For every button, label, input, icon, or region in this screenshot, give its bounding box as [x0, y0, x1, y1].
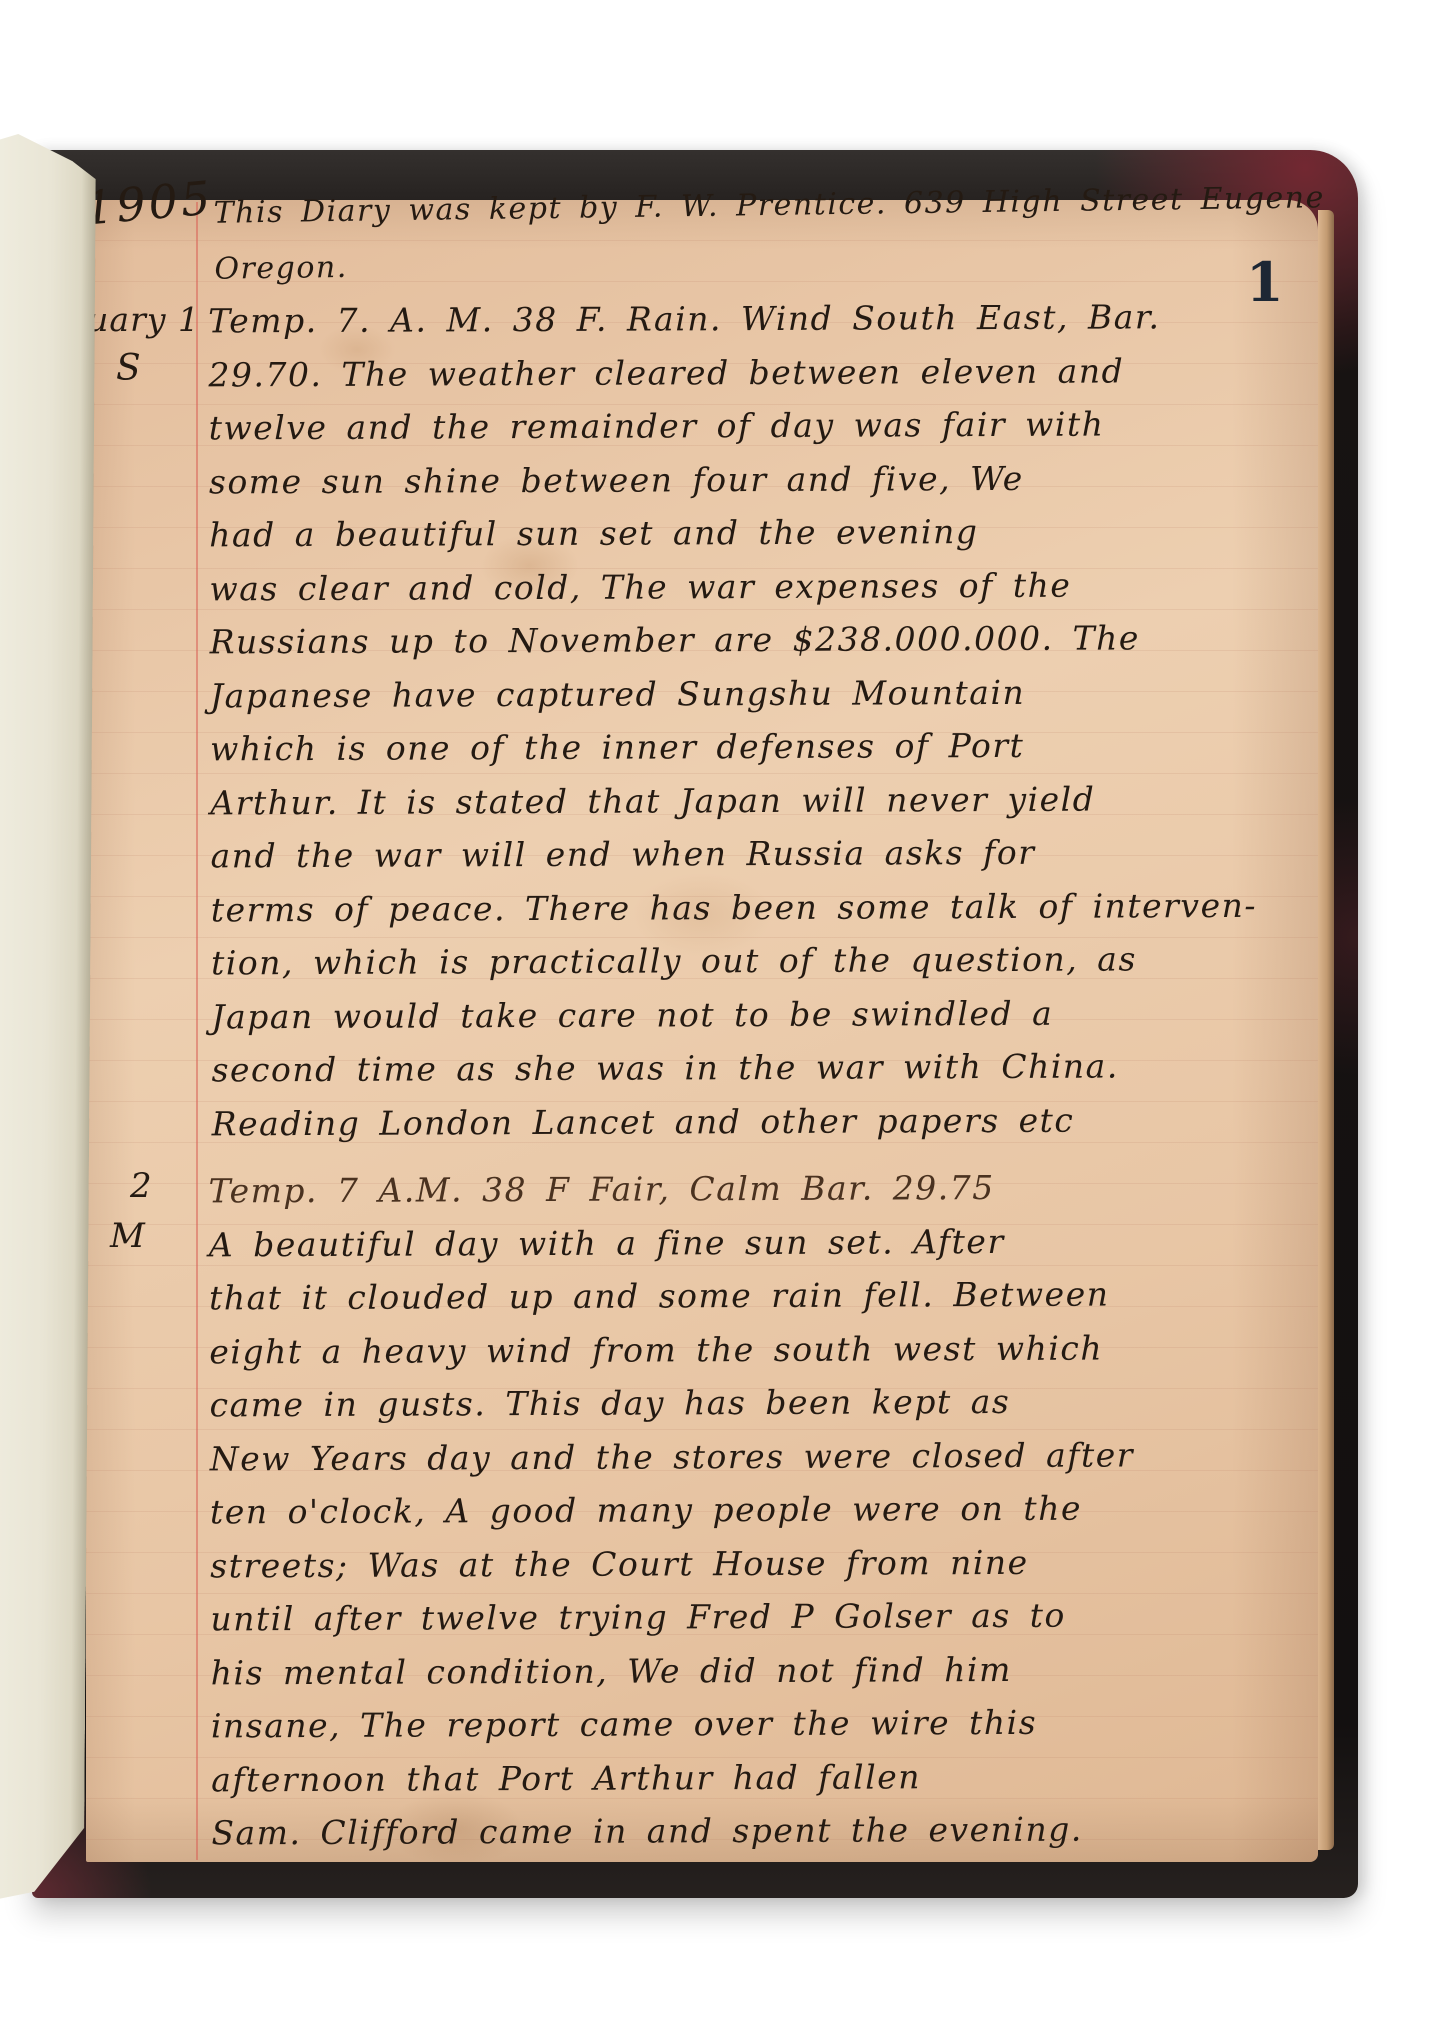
diary-line: 29.70. The weather cleared between eleve…	[208, 343, 1323, 401]
diary-line: that it clouded up and some rain fell. B…	[209, 1267, 1324, 1325]
photo-background: { "page": { "year": "1905", "page_number…	[0, 0, 1445, 2023]
diary-line: terms of peace. There has been some talk…	[211, 878, 1326, 936]
diary-line: and the war will end when Russia asks fo…	[210, 825, 1325, 883]
diary-line: afternoon that Port Arthur had fallen	[211, 1748, 1326, 1806]
diary-line: Russians up to November are $238.000.000…	[210, 611, 1325, 669]
diary-line: insane, The report came over the wire th…	[211, 1695, 1326, 1753]
diary-line: Reading London Lancet and other papers e…	[212, 1092, 1327, 1150]
diary-line: A beautiful day with a fine sun set. Aft…	[209, 1213, 1324, 1271]
facing-page-edge	[0, 118, 96, 1907]
diary-entry-text: Temp. 7 A.M. 38 F Fair, Calm Bar. 29.75A…	[208, 1160, 1326, 1860]
entry-day-label: S	[116, 348, 141, 389]
diary-line: ten o'clock, A good many people were on …	[210, 1481, 1325, 1539]
diary-entry-text: Temp. 7. A. M. 38 F. Rain. Wind South Ea…	[208, 290, 1327, 1151]
diary-line: was clear and cold, The war expenses of …	[209, 557, 1324, 615]
diary-line: eight a heavy wind from the south west w…	[209, 1320, 1324, 1378]
diary-line: which is one of the inner defenses of Po…	[210, 718, 1325, 776]
entry-date-label: 2	[130, 1166, 152, 1206]
ownership-note: This Diary was kept by F. W. Prentice. 6…	[213, 170, 1324, 297]
diary-line: New Years day and the stores were closed…	[210, 1427, 1325, 1485]
year-label: 1905	[82, 170, 215, 235]
diary-line: Temp. 7 A.M. 38 F Fair, Calm Bar. 29.75	[208, 1160, 1323, 1218]
diary-line: came in gusts. This day has been kept as	[209, 1374, 1324, 1432]
diary-line: Japan would take care not to be swindled…	[211, 985, 1326, 1043]
diary-line: had a beautiful sun set and the evening	[209, 504, 1324, 562]
diary-line: his mental condition, We did not find hi…	[211, 1641, 1326, 1699]
diary-line: Sam. Clifford came in and spent the even…	[211, 1802, 1326, 1860]
entry-day-label: M	[110, 1216, 145, 1256]
diary-line: Japanese have captured Sungshu Mountain	[210, 664, 1325, 722]
diary-line: until after twelve trying Fred P Golser …	[210, 1588, 1325, 1646]
diary-line: streets; Was at the Court House from nin…	[210, 1534, 1325, 1592]
diary-line: tion, which is practically out of the qu…	[211, 932, 1326, 990]
diary-line: twelve and the remainder of day was fair…	[209, 397, 1324, 455]
diary-line: some sun shine between four and five, We	[209, 450, 1324, 508]
diary-line: second time as she was in the war with C…	[211, 1039, 1326, 1097]
diary-line: Arthur. It is stated that Japan will nev…	[210, 771, 1325, 829]
margin-rule-line	[196, 202, 198, 1860]
diary-line: Temp. 7. A. M. 38 F. Rain. Wind South Ea…	[208, 290, 1323, 348]
